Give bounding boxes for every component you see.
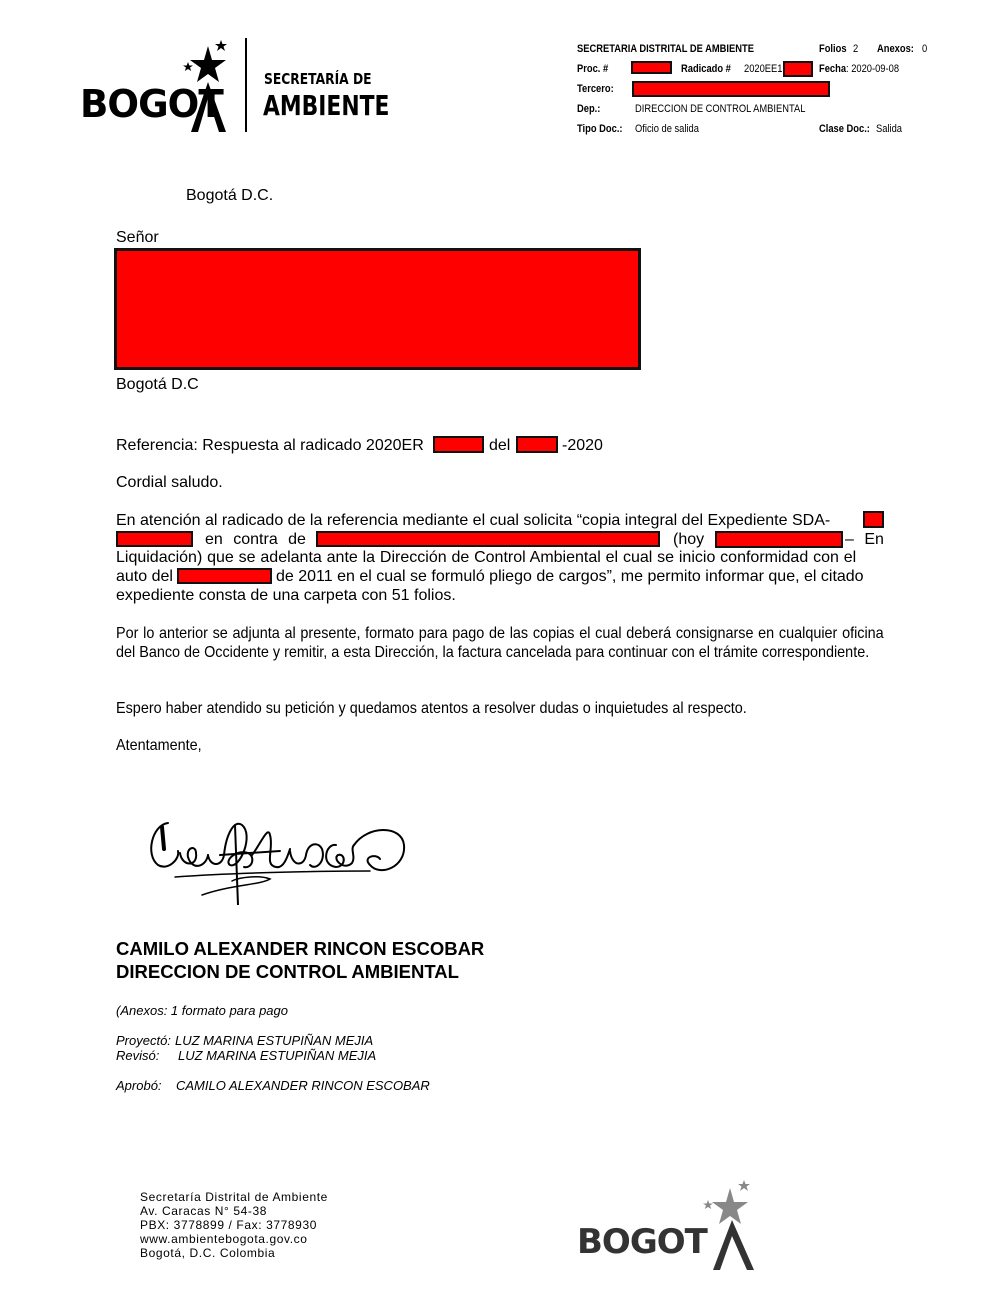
recipient-city: Bogotá D.C [116,376,199,395]
meta-folios-label: Folios [819,43,847,55]
meta-dep-value: DIRECCION DE CONTROL AMBIENTAL [635,103,805,115]
redaction-recipient [114,248,641,370]
redaction-company-new [715,531,843,548]
signature-icon [140,815,430,905]
redaction-radicado [783,61,813,77]
meta-clase-value: Salida [876,123,902,135]
greeting: Cordial saludo. [116,474,223,493]
meta-clase-label: Clase Doc.: [819,123,870,135]
meta-proc-label: Proc. # [577,63,608,75]
meta-tercero-label: Tercero: [577,83,614,95]
stars-icon [178,36,236,134]
paragraph-closing-remark: Espero haber atendido su petición y qued… [116,700,747,719]
redaction-proc [631,61,672,74]
meta-fecha-value: : 2020-09-08 [846,63,899,75]
meta-entity: SECRETARIA DISTRITAL DE AMBIENTE [577,43,754,55]
redaction-tercero [632,81,830,97]
meta-folios-value: 2 [853,43,858,55]
meta-dep-label: Dep.: [577,103,600,115]
logo-divider [245,38,247,132]
closing: Atentamente, [116,737,202,756]
logo-secretaria: SECRETARÍA DE [264,70,372,88]
redaction-expediente [863,511,884,528]
reviso-value: LUZ MARINA ESTUPIÑAN MEJIA [178,1048,376,1063]
redaction-auto-number [177,568,272,584]
proyecto-label: Proyectó: [116,1033,171,1048]
aprobo-label: Aprobó: [116,1078,162,1093]
redaction-expediente-cont [116,531,193,547]
meta-radicado-label: Radicado # [681,63,731,75]
redaction-reference-number [433,436,484,453]
paragraph-payment: Por lo anterior se adjunta al presente, … [116,625,884,662]
signatory-department: DIRECCION DE CONTROL AMBIENTAL [116,961,459,983]
meta-fecha-label: Fecha [819,63,846,75]
reviso-label: Revisó: [116,1048,159,1063]
annex-note: (Anexos: 1 formato para pago [116,1003,288,1018]
meta-anexos-label: Anexos: [877,43,914,55]
redaction-company [316,531,660,547]
signatory-name: CAMILO ALEXANDER RINCON ESCOBAR [116,938,484,960]
footer-logo-text: BOGOT [577,1222,707,1262]
meta-tipo-label: Tipo Doc.: [577,123,623,135]
redaction-reference-date [516,436,558,453]
salutation-title: Señor [116,229,159,248]
proyecto-value: LUZ MARINA ESTUPIÑAN MEJIA [175,1033,373,1048]
footer-stars-icon [696,1178,758,1272]
meta-tipo-value: Oficio de salida [635,123,699,135]
aprobo-value: CAMILO ALEXANDER RINCON ESCOBAR [176,1078,430,1093]
place-date: Bogotá D.C. [186,187,273,206]
logo-ambiente: AMBIENTE [263,89,389,122]
meta-anexos-value: 0 [922,43,927,55]
meta-radicado-value: 2020EE1 [744,63,782,75]
